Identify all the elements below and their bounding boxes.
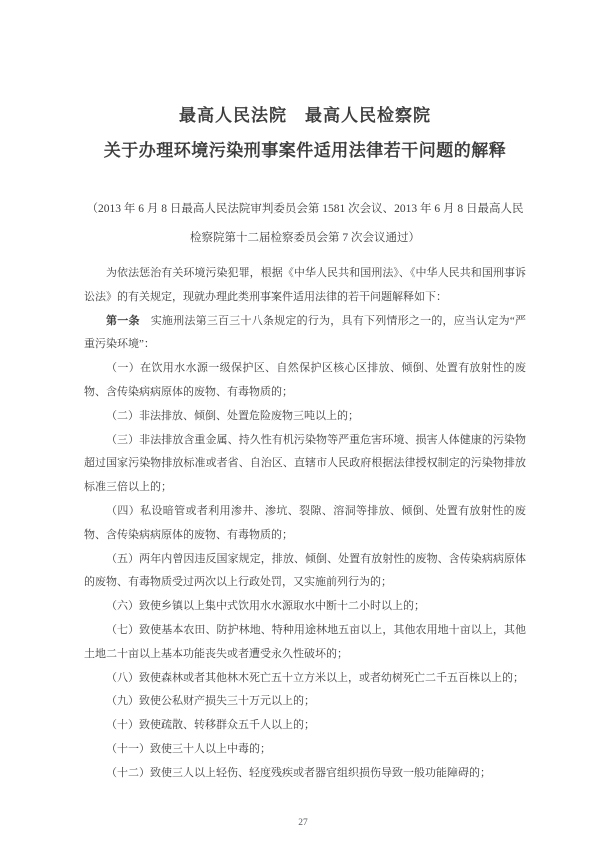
clause-item-10: （十）致使疏散、转移群众五千人以上的； — [84, 714, 526, 738]
article-1-paragraph: 第一条实施刑法第三百三十八条规定的行为，具有下列情形之一的，应当认定为“严重污染… — [84, 310, 526, 358]
clause-item-5: （五）两年内曾因违反国家规定，排放、倾倒、处置有放射性的废物、含传染病病原体的废… — [84, 548, 526, 596]
adoption-note: （2013 年 6 月 8 日最高人民法院审判委员会第 1581 次会议、201… — [84, 195, 526, 252]
document-page: 最高人民法院 最高人民检察院 关于办理环境污染刑事案件适用法律若干问题的解释 （… — [0, 0, 606, 857]
clause-item-3: （三）非法排放含重金属、持久性有机污染物等严重危害环境、损害人体健康的污染物超过… — [84, 429, 526, 500]
clause-item-9: （九）致使公私财产损失三十万元以上的； — [84, 690, 526, 714]
article-1-label: 第一条 — [106, 315, 140, 327]
document-body: 为依法惩治有关环境污染犯罪，根据《中华人民共和国刑法》、《中华人民共和国刑事诉讼… — [84, 262, 526, 786]
document-title-line-2: 关于办理环境污染刑事案件适用法律若干问题的解释 — [84, 139, 526, 163]
article-1-text: 实施刑法第三百三十八条规定的行为，具有下列情形之一的，应当认定为“严重污染环境”… — [84, 315, 526, 351]
intro-paragraph: 为依法惩治有关环境污染犯罪，根据《中华人民共和国刑法》、《中华人民共和国刑事诉讼… — [84, 262, 526, 310]
clause-item-4: （四）私设暗管或者利用渗井、渗坑、裂隙、溶洞等排放、倾倒、处置有放射性的废物、含… — [84, 500, 526, 548]
document-title-line-1: 最高人民法院 最高人民检察院 — [84, 104, 526, 128]
clause-item-7: （七）致使基本农田、防护林地、特种用途林地五亩以上，其他农用地十亩以上，其他土地… — [84, 619, 526, 667]
clause-item-2: （二）非法排放、倾倒、处置危险废物三吨以上的； — [84, 405, 526, 429]
page-number: 27 — [0, 816, 606, 830]
clause-item-1: （一）在饮用水水源一级保护区、自然保护区核心区排放、倾倒、处置有放射性的废物、含… — [84, 357, 526, 405]
document-content: 最高人民法院 最高人民检察院 关于办理环境污染刑事案件适用法律若干问题的解释 （… — [0, 104, 606, 786]
clause-item-11: （十一）致使三十人以上中毒的； — [84, 738, 526, 762]
clause-item-12: （十二）致使三人以上轻伤、轻度残疾或者器官组织损伤导致一般功能障碍的； — [84, 762, 526, 786]
clause-item-8: （八）致使森林或者其他林木死亡五十立方米以上，或者幼树死亡二千五百株以上的； — [84, 667, 526, 691]
clause-item-6: （六）致使乡镇以上集中式饮用水水源取水中断十二小时以上的； — [84, 595, 526, 619]
